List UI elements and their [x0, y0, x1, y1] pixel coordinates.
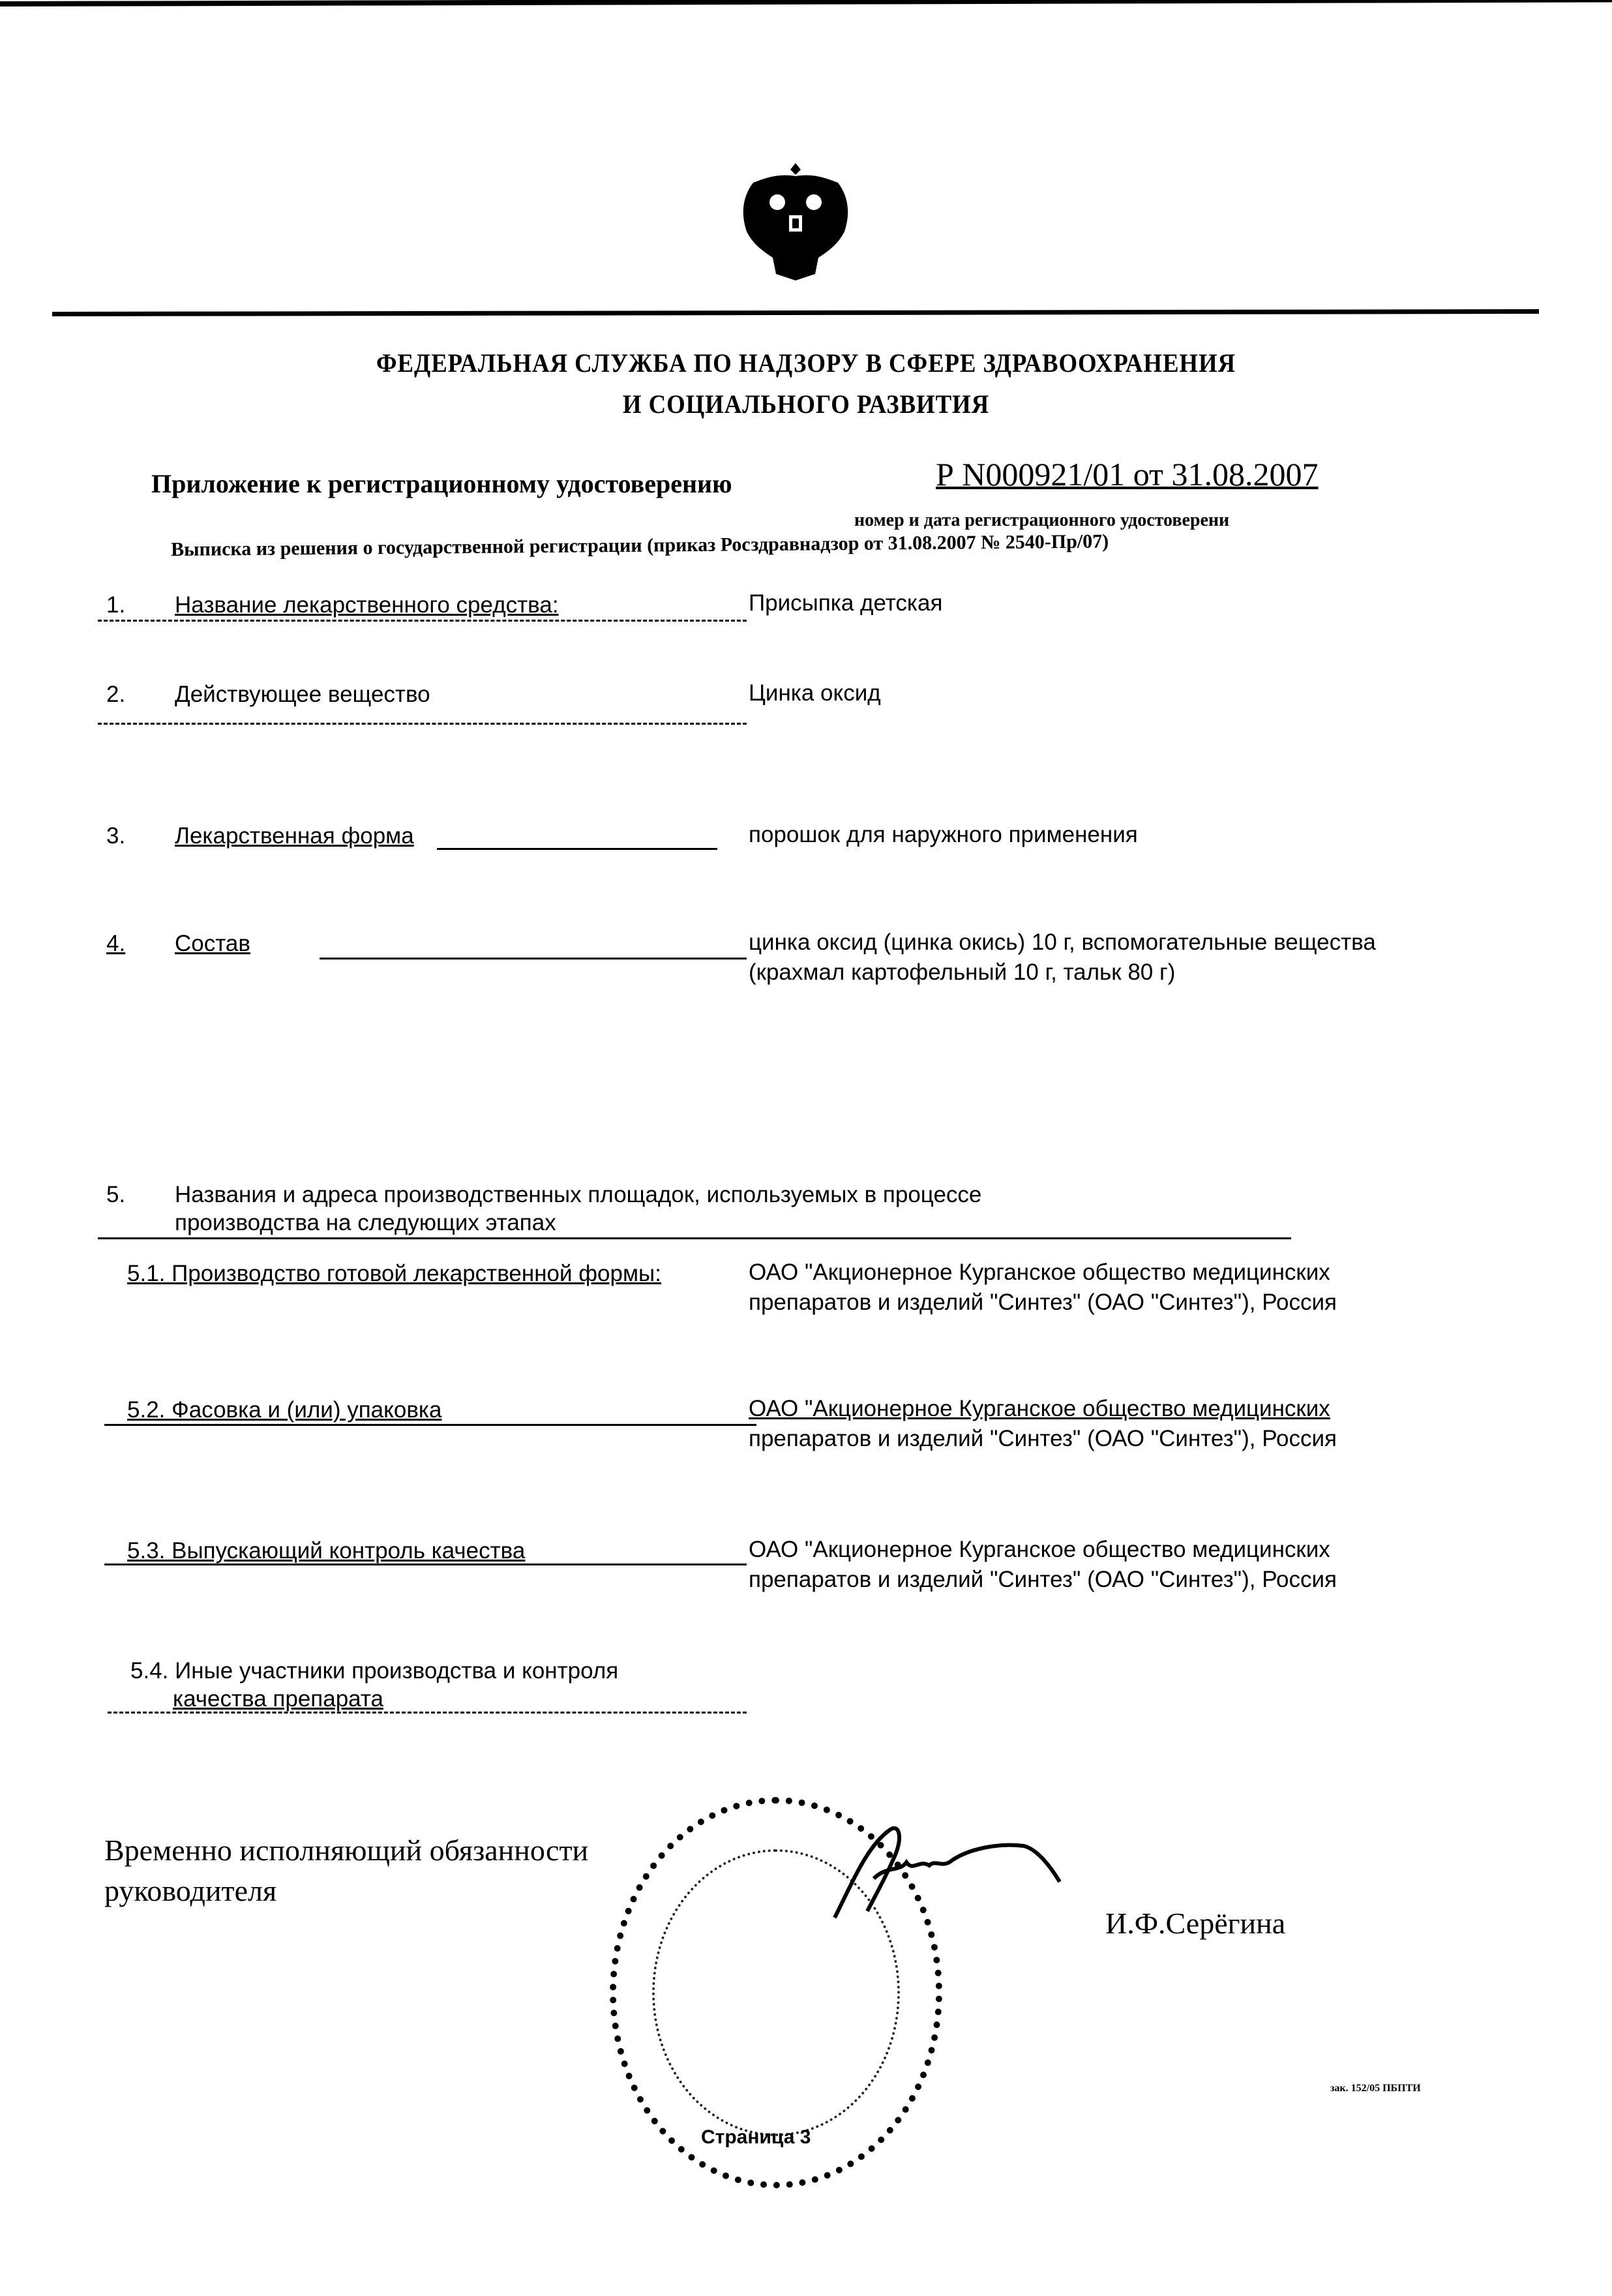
item-4-value-line2: (крахмал картофельный 10 г, тальк 80 г)	[749, 958, 1175, 988]
subitem-5-3-label: 5.3. Выпускающий контроль качества	[127, 1538, 525, 1564]
item-1-number: 1.	[106, 592, 125, 618]
subitem-5-3-leader	[104, 1563, 747, 1565]
coat-of-arms-icon	[737, 160, 854, 284]
item-4-number: 4.	[106, 931, 125, 957]
extract-note: Выписка из решения о государственной рег…	[171, 530, 1109, 561]
signatory-title-line2: руководителя	[104, 1872, 276, 1910]
subitem-5-4-label-line2: качества препарата	[173, 1686, 383, 1712]
item-3-value: порошок для наружного применения	[749, 820, 1138, 850]
subitem-5-3-value-line2: препаратов и изделий "Синтез" (ОАО "Синт…	[749, 1565, 1337, 1595]
item-3-leader	[437, 848, 717, 850]
section-5-label-line2: производства на следующих этапах	[175, 1210, 556, 1236]
subitem-5-1-value-line1: ОАО "Акционерное Курганское общество мед…	[749, 1258, 1330, 1288]
item-2-leader	[98, 723, 747, 725]
subitem-5-1-label: 5.1. Производство готовой лекарственной …	[127, 1261, 661, 1287]
item-2-value: Цинка оксид	[749, 678, 881, 708]
subitem-5-2-label: 5.2. Фасовка и (или) упаковка	[127, 1397, 441, 1423]
subitem-5-4-label-line1: 5.4. Иные участники производства и контр…	[130, 1658, 618, 1684]
subitem-5-2-leader	[104, 1424, 756, 1426]
registration-number: Р N000921/01 от 31.08.2007	[936, 455, 1319, 493]
scan-top-edge	[0, 0, 1612, 7]
section-5-label-line1: Названия и адреса производственных площа…	[175, 1182, 981, 1208]
handwritten-signature-icon	[828, 1820, 1063, 1924]
item-4-value-line1: цинка оксид (цинка окись) 10 г, вспомога…	[749, 928, 1376, 958]
agency-title-line1: ФЕДЕРАЛЬНАЯ СЛУЖБА ПО НАДЗОРУ В СФЕРЕ ЗД…	[65, 348, 1547, 378]
item-4-label: Состав	[175, 931, 250, 957]
item-3-label: Лекарственная форма	[175, 823, 414, 849]
item-1-leader	[98, 620, 747, 622]
section-5-number: 5.	[106, 1182, 125, 1208]
section-5-rule	[98, 1237, 1291, 1239]
subitem-5-2-value-line2: препаратов и изделий "Синтез" (ОАО "Синт…	[749, 1424, 1337, 1454]
signatory-title-line1: Временно исполняющий обязанности	[104, 1832, 588, 1869]
header-rule	[52, 309, 1539, 316]
print-order-footnote: зак. 152/05 ПБПТИ	[1330, 2083, 1421, 2094]
subitem-5-1-value-line2: препаратов и изделий "Синтез" (ОАО "Синт…	[749, 1288, 1337, 1318]
signatory-name: И.Ф.Серёгина	[1105, 1905, 1285, 1942]
item-2-number: 2.	[106, 682, 125, 708]
stamp-page-label: Страница 3	[701, 2126, 811, 2149]
subitem-5-2-value-line1: ОАО "Акционерное Курганское общество мед…	[749, 1394, 1330, 1424]
appendix-label: Приложение к регистрационному удостовере…	[151, 468, 732, 499]
subitem-5-4-leader	[108, 1712, 747, 1714]
item-2-label: Действующее вещество	[175, 682, 430, 708]
registration-caption: номер и дата регистрационного удостовере…	[854, 510, 1229, 531]
subitem-5-3-value-line1: ОАО "Акционерное Курганское общество мед…	[749, 1535, 1330, 1565]
item-3-number: 3.	[106, 823, 125, 849]
item-1-value: Присыпка детская	[749, 588, 942, 618]
agency-title-line2: И СОЦИАЛЬНОГО РАЗВИТИЯ	[65, 389, 1547, 419]
item-1-label: Название лекарственного средства:	[175, 592, 559, 618]
item-4-leader	[320, 958, 747, 959]
